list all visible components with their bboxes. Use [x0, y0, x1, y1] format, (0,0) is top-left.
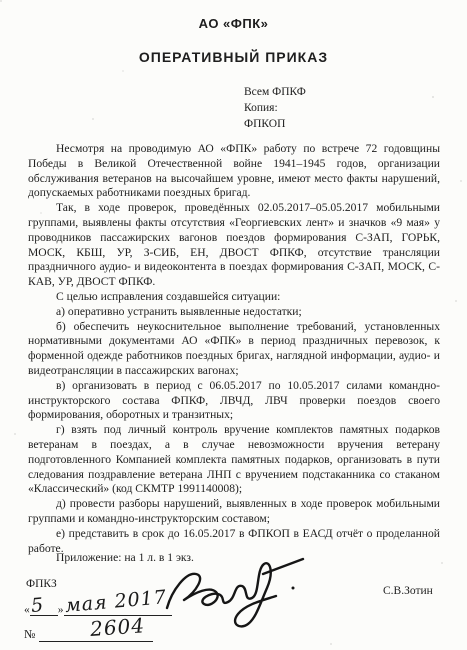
number-label: № — [24, 627, 35, 642]
number-line: № 2604 — [24, 616, 153, 642]
paragraph-intro: Несмотря на проводимую АО «ФПК» работу п… — [28, 142, 440, 201]
addressee-copy-label: Копия: — [244, 100, 306, 116]
order-item-v: в) организовать в период с 06.05.2017 по… — [28, 379, 440, 423]
date-day-blank: 5 — [30, 589, 58, 616]
document-body: Несмотря на проводимую АО «ФПК» работу п… — [28, 142, 440, 556]
order-item-g: г) взять под личный контроль вручение ко… — [28, 423, 440, 497]
handwritten-number: 2604 — [90, 613, 146, 641]
number-blank: 2604 — [39, 615, 153, 642]
addressee-to: Всем ФПКФ — [244, 84, 306, 100]
paragraph-purpose: С целью исправления создавшейся ситуации… — [28, 290, 440, 305]
document-title: ОПЕРАТИВНЫЙ ПРИКАЗ — [0, 49, 467, 65]
order-item-b: б) обеспечить неукоснительное выполнение… — [28, 320, 440, 379]
order-item-d: д) провести разборы нарушений, выявленны… — [28, 497, 440, 527]
paragraph-findings: Так, в ходе проверок, проведённых 02.05.… — [28, 201, 440, 290]
document-page: АО «ФПК» ОПЕРАТИВНЫЙ ПРИКАЗ Всем ФПКФ Ко… — [0, 0, 467, 650]
organization-name: АО «ФПК» — [0, 16, 467, 31]
date-month-blank: мая 2017 — [64, 589, 172, 616]
addressee-copy-to: ФПКОП — [244, 116, 306, 132]
handwritten-date-month-year: мая 2017 — [64, 586, 168, 617]
signer-name: С.В.Зотин — [383, 585, 433, 597]
signature-stroke-icon — [160, 556, 310, 634]
addressee-block: Всем ФПКФ Копия: ФПКОП — [244, 84, 306, 132]
handwritten-date-day: 5 — [30, 594, 45, 617]
order-item-a: а) оперативно устранить выявленные недос… — [28, 305, 440, 320]
date-line: « 5 » мая 2017 — [24, 590, 172, 616]
handwritten-signature — [160, 556, 310, 634]
